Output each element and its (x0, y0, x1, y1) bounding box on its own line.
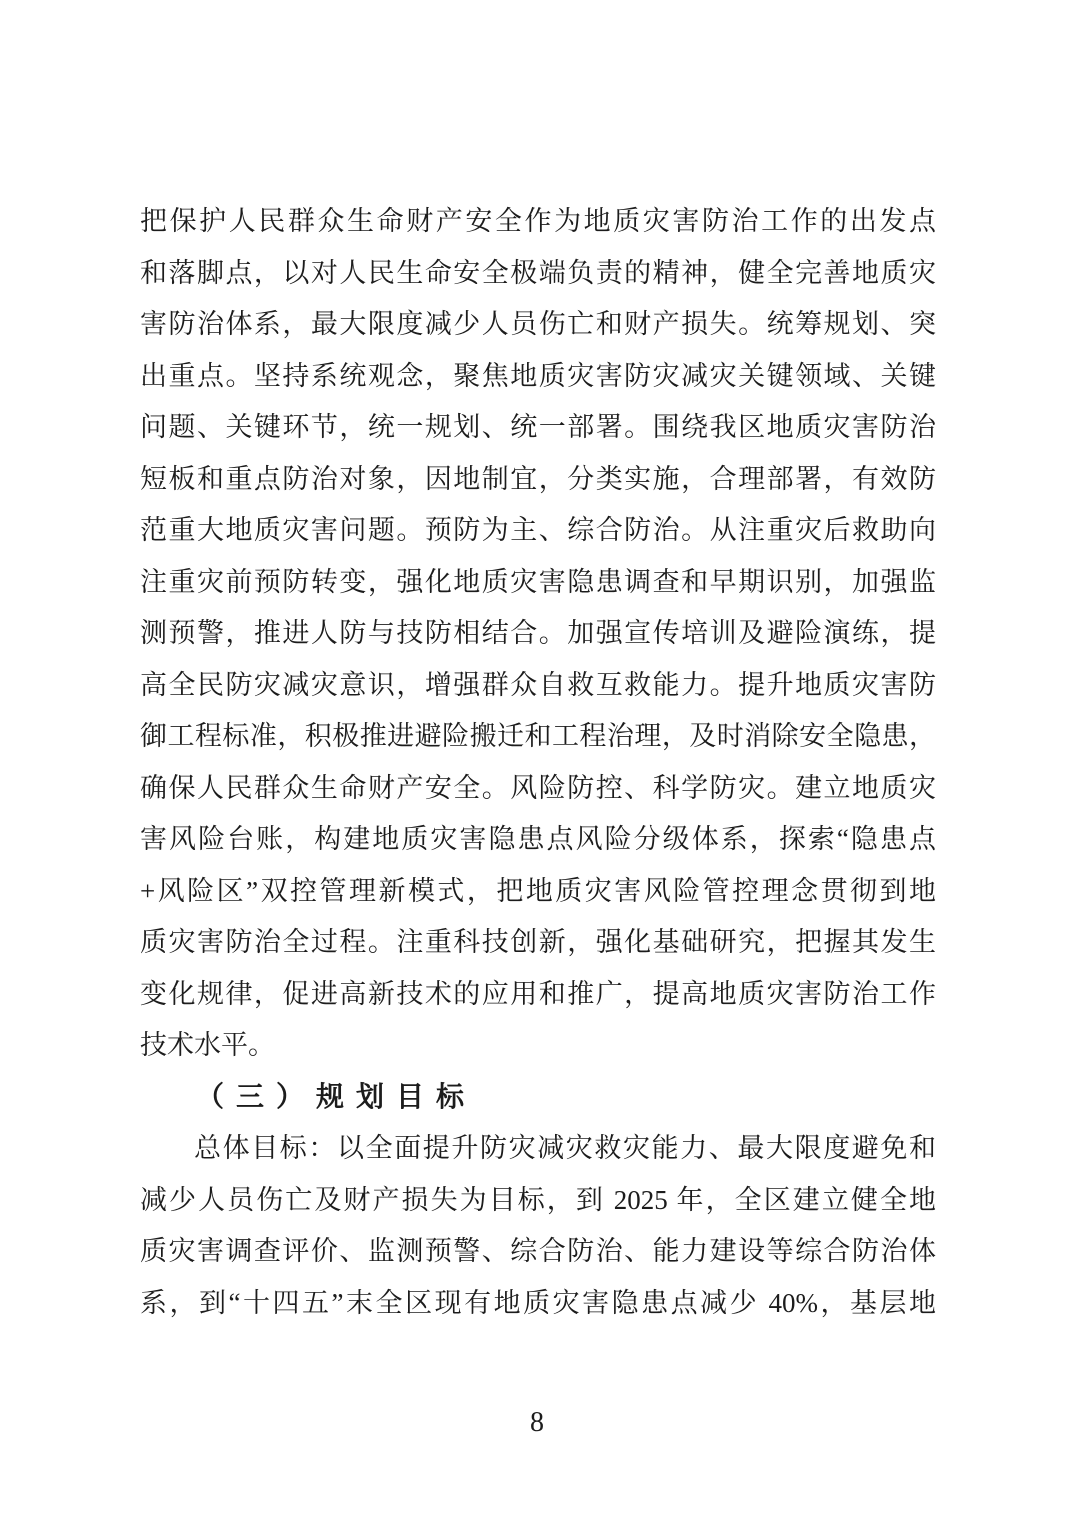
text-line: 和落脚点，以对人民生命安全极端负责的精神，健全完善地质灾 (140, 248, 936, 300)
text-line: 总体目标：以全面提升防灾减灾救灾能力、最大限度避免和 (140, 1123, 936, 1175)
text-line: 短板和重点防治对象，因地制宜，分类实施，合理部署，有效防 (140, 454, 936, 506)
document-page: 把保护人民群众生命财产安全作为地质灾害防治工作的出发点 和落脚点，以对人民生命安… (0, 0, 1074, 1520)
text-line: 范重大地质灾害问题。预防为主、综合防治。从注重灾后救助向 (140, 505, 936, 557)
text-line: 高全民防灾减灾意识，增强群众自救互救能力。提升地质灾害防 (140, 660, 936, 712)
body-text-block: 把保护人民群众生命财产安全作为地质灾害防治工作的出发点 和落脚点，以对人民生命安… (140, 196, 936, 1329)
section-heading: （三）规划目标 (140, 1072, 936, 1124)
text-line: 测预警，推进人防与技防相结合。加强宣传培训及避险演练，提 (140, 608, 936, 660)
text-line: 御工程标准，积极推进避险搬迁和工程治理，及时消除安全隐患， (140, 711, 936, 763)
text-line: 注重灾前预防转变，强化地质灾害隐患调查和早期识别，加强监 (140, 557, 936, 609)
text-line: +风险区”双控管理新模式，把地质灾害风险管控理念贯彻到地 (140, 866, 936, 918)
text-line: 害防治体系，最大限度减少人员伤亡和财产损失。统筹规划、突 (140, 299, 936, 351)
text-line: 质灾害防治全过程。注重科技创新，强化基础研究，把握其发生 (140, 917, 936, 969)
text-line: 确保人民群众生命财产安全。风险防控、科学防灾。建立地质灾 (140, 763, 936, 815)
text-line: 问题、关键环节，统一规划、统一部署。围绕我区地质灾害防治 (140, 402, 936, 454)
page-number: 8 (0, 1403, 1074, 1443)
text-line: 害风险台账，构建地质灾害隐患点风险分级体系，探索“隐患点 (140, 814, 936, 866)
text-line: 出重点。坚持系统观念，聚焦地质灾害防灾减灾关键领域、关键 (140, 351, 936, 403)
text-line: 变化规律，促进高新技术的应用和推广，提高地质灾害防治工作 (140, 969, 936, 1021)
text-line: 技术水平。 (140, 1020, 936, 1072)
text-line: 系，到“十四五”末全区现有地质灾害隐患点减少 40%，基层地 (140, 1278, 936, 1330)
text-line: 减少人员伤亡及财产损失为目标，到 2025 年，全区建立健全地 (140, 1175, 936, 1227)
text-line: 把保护人民群众生命财产安全作为地质灾害防治工作的出发点 (140, 196, 936, 248)
text-line: 质灾害调查评价、监测预警、综合防治、能力建设等综合防治体 (140, 1226, 936, 1278)
